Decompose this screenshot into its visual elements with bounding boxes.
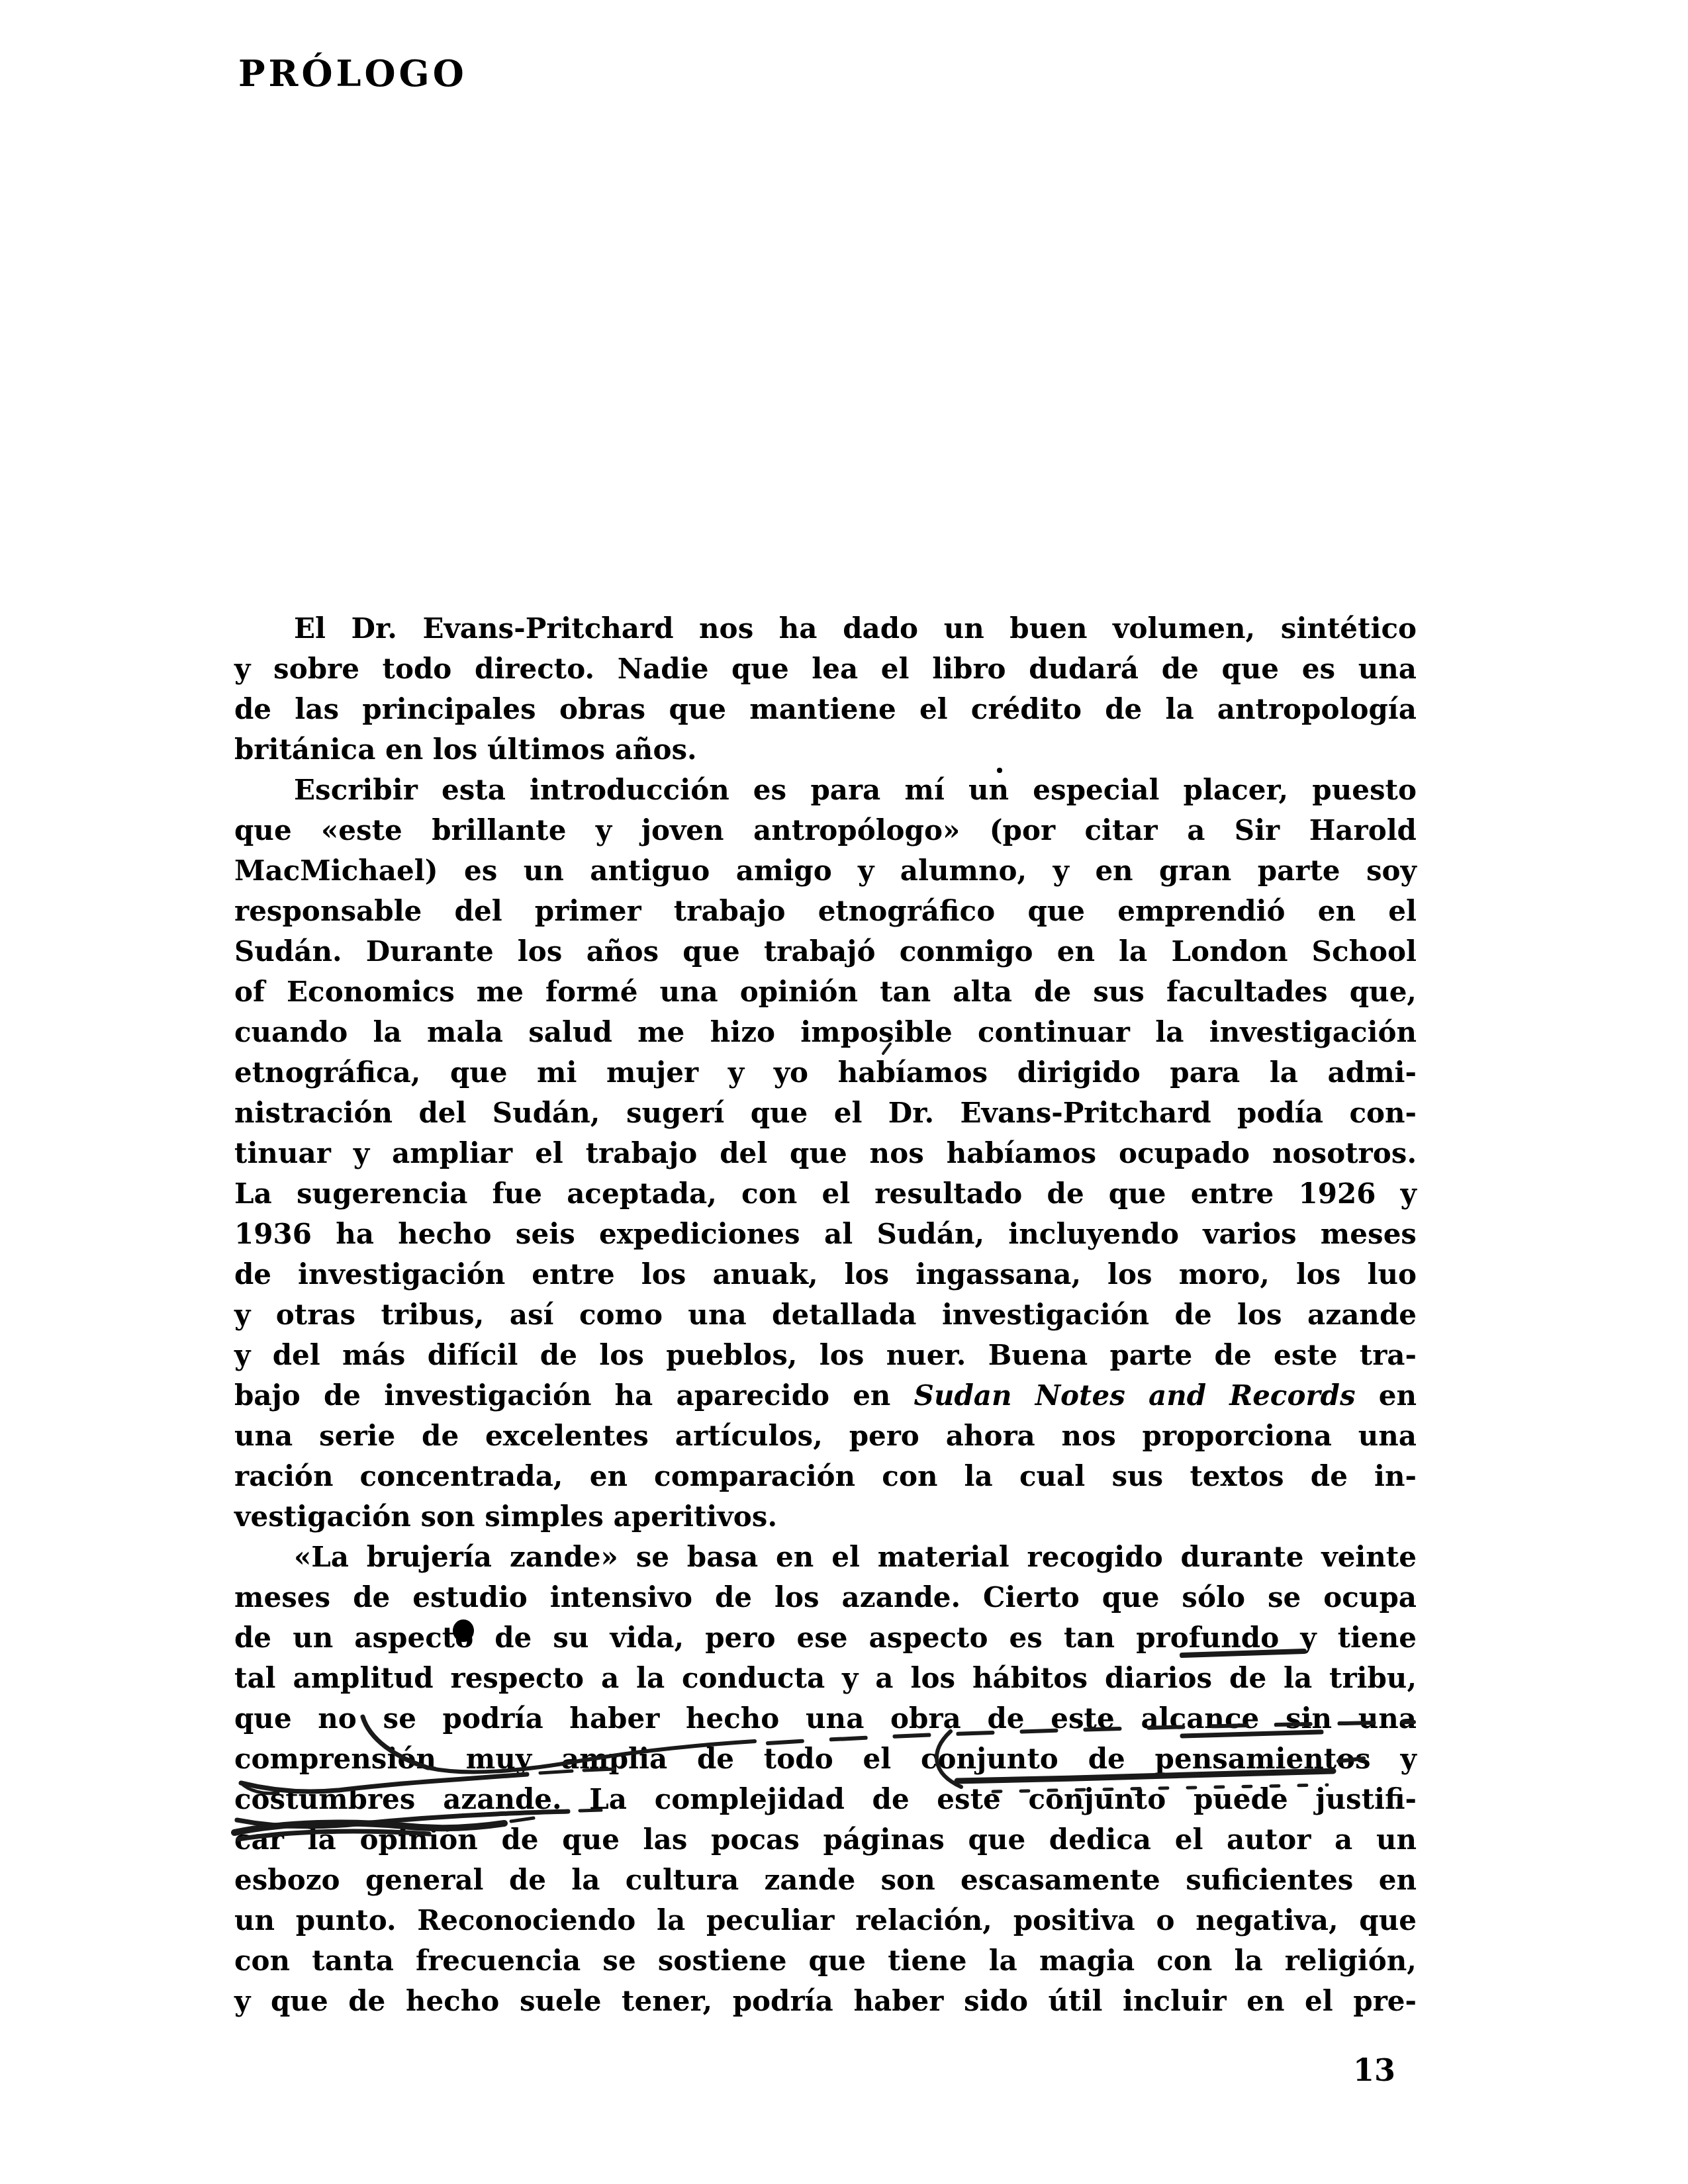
- text-line: un punto. Reconociendo la peculiar relac…: [234, 1900, 1417, 1940]
- text-line: y otras tribus, así como una detallada i…: [234, 1295, 1417, 1335]
- text-line: tinuar y ampliar el trabajo del que nos …: [234, 1133, 1417, 1173]
- page-title: PRÓLOGO: [238, 56, 467, 91]
- page-number: 13: [1342, 2052, 1395, 2089]
- text-line: 1936 ha hecho seis expediciones al Sudán…: [234, 1214, 1417, 1254]
- text-line: vestigación son simples aperitivos.: [234, 1496, 1417, 1537]
- text-line: que «este brillante y joven antropólogo»…: [234, 810, 1417, 850]
- journal-title-italic: Sudan Notes and Records: [914, 1379, 1356, 1412]
- text-line: Escribir esta introducción es para mí un…: [234, 770, 1417, 810]
- text-line: y que de hecho suele tener, podría haber…: [234, 1981, 1417, 2021]
- text-line: y sobre todo directo. Nadie que lea el l…: [234, 649, 1417, 689]
- text-line: esbozo general de la cultura zande son e…: [234, 1860, 1417, 1900]
- text-segment: en: [1356, 1379, 1417, 1412]
- text-line: «La brujería zande» se basa en el materi…: [234, 1537, 1417, 1577]
- text-line: Sudán. Durante los años que trabajó conm…: [234, 931, 1417, 972]
- body-text: El Dr. Evans-Pritchard nos ha dado un bu…: [234, 608, 1417, 2021]
- text-line: que no se podría haber hecho una obra de…: [234, 1698, 1417, 1739]
- text-line: bajo de investigación ha aparecido en Su…: [234, 1375, 1417, 1416]
- text-line: una serie de excelentes artículos, pero …: [234, 1416, 1417, 1456]
- text-line: y del más difícil de los pueblos, los nu…: [234, 1335, 1417, 1375]
- text-line: car la opinión de que las pocas páginas …: [234, 1819, 1417, 1860]
- scanned-book-page: PRÓLOGO El Dr. Evans-Pritchard nos ha da…: [0, 0, 1688, 2184]
- text-line: costumbres azande. La complejidad de est…: [234, 1779, 1417, 1819]
- text-line: de un aspecto de su vida, pero ese aspec…: [234, 1617, 1417, 1658]
- text-line: nistración del Sudán, sugerí que el Dr. …: [234, 1093, 1417, 1133]
- text-line: ración concentrada, en comparación con l…: [234, 1456, 1417, 1496]
- text-line: de investigación entre los anuak, los in…: [234, 1254, 1417, 1295]
- text-line: La sugerencia fue aceptada, con el resul…: [234, 1173, 1417, 1214]
- text-line: meses de estudio intensivo de los azande…: [234, 1577, 1417, 1617]
- text-line: británica en los últimos años.: [234, 729, 1417, 770]
- text-line: comprensión muy amplia de todo el conjun…: [234, 1739, 1417, 1779]
- text-line: tal amplitud respecto a la conducta y a …: [234, 1658, 1417, 1698]
- text-line: con tanta frecuencia se sostiene que tie…: [234, 1940, 1417, 1981]
- text-line: etnográfica, que mi mujer y yo habíamos …: [234, 1052, 1417, 1093]
- text-line: cuando la mala salud me hizo imposible c…: [234, 1012, 1417, 1052]
- text-line: responsable del primer trabajo etnográfi…: [234, 891, 1417, 931]
- text-line: of Economics me formé una opinión tan al…: [234, 972, 1417, 1012]
- text-line: El Dr. Evans-Pritchard nos ha dado un bu…: [234, 608, 1417, 649]
- text-line: MacMichael) es un antiguo amigo y alumno…: [234, 850, 1417, 891]
- text-line: de las principales obras que mantiene el…: [234, 689, 1417, 729]
- text-segment: bajo de investigación ha aparecido en: [234, 1379, 914, 1412]
